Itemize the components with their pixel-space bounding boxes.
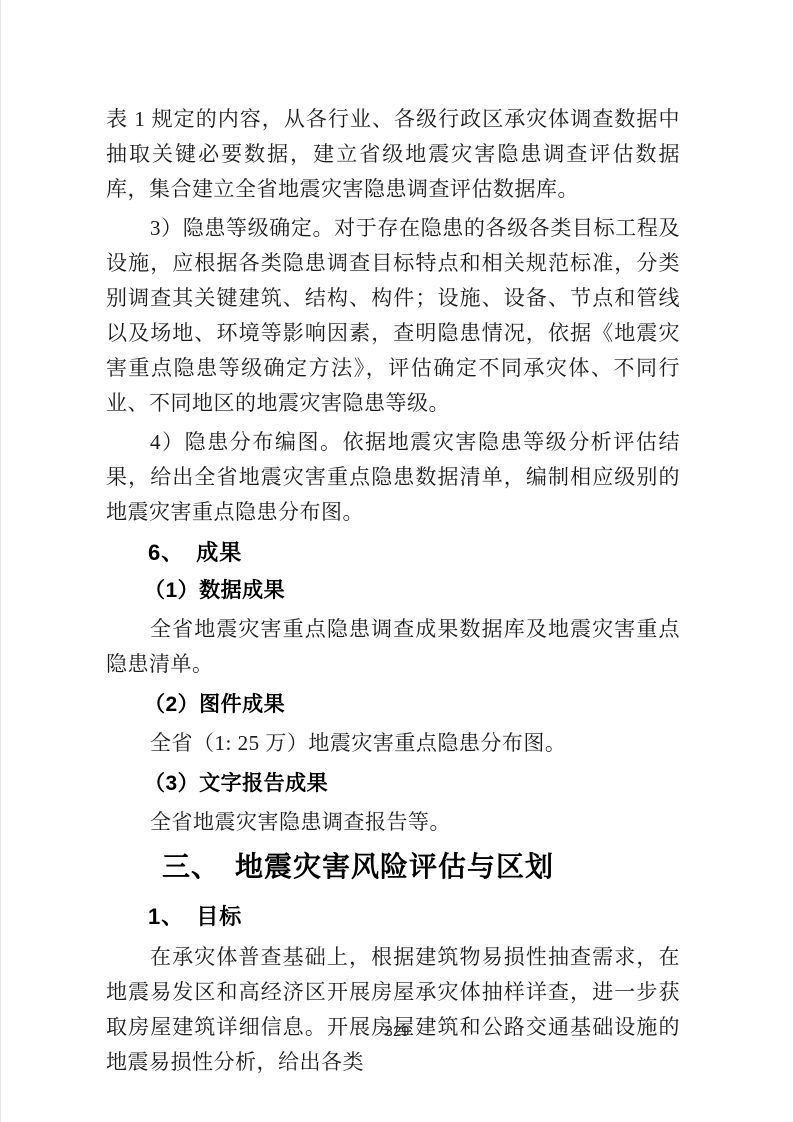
- section-heading-results: 6、 成果: [106, 538, 680, 568]
- document-page: 表 1 规定的内容，从各行业、各级行政区承灾体调查数据中抽取关键必要数据，建立省…: [0, 0, 793, 1122]
- chapter-heading-risk-assessment-zoning: 三、 地震灾害风险评估与区划: [106, 850, 680, 884]
- page-content: 表 1 规定的内容，从各行业、各级行政区承灾体调查数据中抽取关键必要数据，建立省…: [106, 102, 680, 1084]
- subsection-heading-data-results: （1）数据成果: [106, 577, 680, 605]
- paragraph-objective: 在承灾体普查基础上，根据建筑物易损性抽查需求，在地震易发区和高经济区开展房屋承灾…: [106, 940, 680, 1080]
- paragraph-hazard-distribution-mapping: 4）隐患分布编图。依据地震灾害隐患等级分析评估结果，给出全省地震灾害重点隐患数据…: [106, 425, 680, 530]
- paragraph-map-results: 全省（1: 25 万）地震灾害重点隐患分布图。: [106, 726, 680, 761]
- paragraph-hazard-grade-determination: 3）隐患等级确定。对于存在隐患的各级各类目标工程及设施，应根据各类隐患调查目标特…: [106, 211, 680, 421]
- paragraph-continued-database: 表 1 规定的内容，从各行业、各级行政区承灾体调查数据中抽取关键必要数据，建立省…: [106, 102, 680, 207]
- section-heading-objective: 1、 目标: [106, 902, 680, 932]
- subsection-heading-map-results: （2）图件成果: [106, 691, 680, 719]
- page-number: 329: [1, 1023, 793, 1040]
- subsection-heading-report-results: （3）文字报告成果: [106, 770, 680, 798]
- paragraph-report-results: 全省地震灾害隐患调查报告等。: [106, 805, 680, 840]
- paragraph-data-results: 全省地震灾害重点隐患调查成果数据库及地震灾害重点隐患清单。: [106, 612, 680, 682]
